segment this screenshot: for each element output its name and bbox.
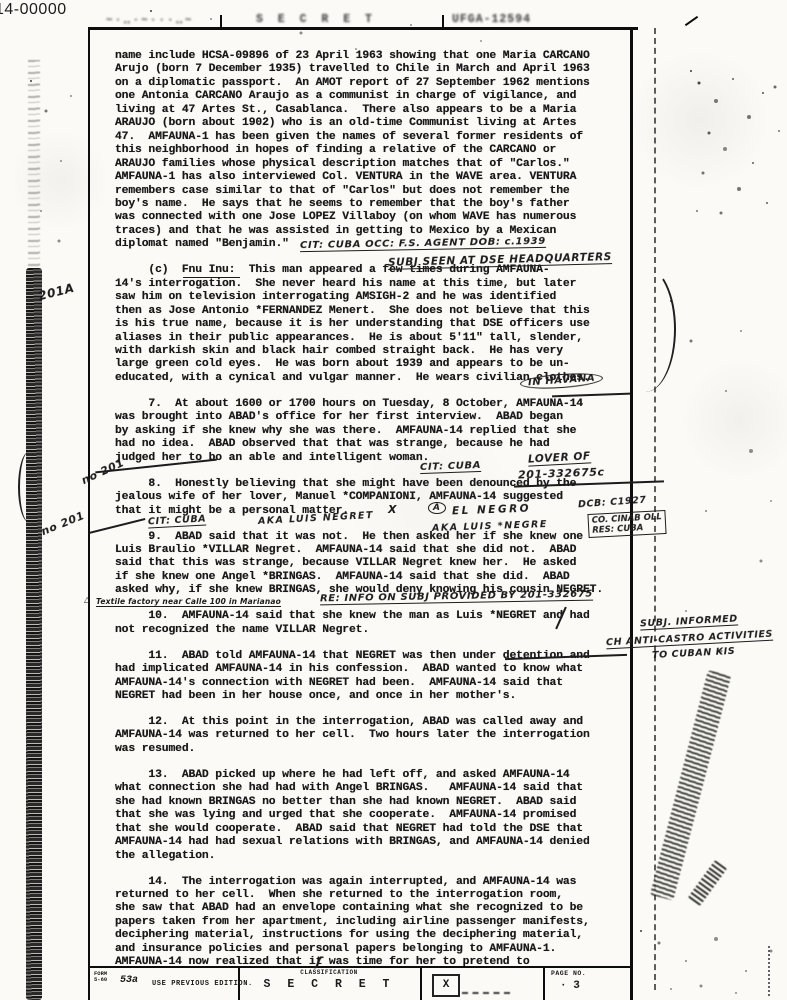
margin-scribble-201a: 201A: [37, 281, 76, 303]
footer-dashed-smudge: [462, 986, 510, 994]
margin-paren-arc: [640, 266, 676, 392]
paragraph-14: 14. The interrogation was again interrup…: [115, 876, 640, 970]
footer-classification-label: CLASSIFICATION: [300, 969, 357, 976]
footer-checkbox: X: [432, 974, 460, 997]
left-edge-scan-artifact-faint: [28, 60, 40, 270]
margin-scribble-no201-b: no 201: [39, 509, 86, 538]
speckle-noise-bottom-right: [640, 930, 642, 932]
footer-form-label: FORM 5-60: [94, 971, 107, 982]
document-corner-id: 14-00000: [0, 1, 67, 19]
right-dotted-marks: [768, 946, 772, 996]
form-number-text: 5-60: [94, 976, 107, 983]
illegible-stamp-fragment: [688, 860, 727, 906]
right-dashed-border: [654, 28, 656, 990]
speckle-noise-right: [670, 300, 672, 302]
box-note-line2: RES: CUBA: [592, 523, 643, 536]
speckle-noise-left-margin: [30, 80, 32, 82]
footer-classification: S E C R E T: [264, 978, 395, 991]
handwritten-circled-a: A: [428, 502, 446, 514]
footer-rule: [88, 966, 633, 968]
handwritten-box-note: CO. CINAB OLL RES: CUBA: [587, 510, 666, 538]
handwritten-lover-cit: CIT: CUBA: [420, 460, 481, 474]
handwritten-to-cuban: TO CUBAN KIS: [652, 646, 736, 661]
handwritten-triangle-mark: △: [84, 595, 90, 604]
paragraph-9: 9. ABAD said that it was not. He then as…: [115, 531, 640, 598]
checkbox-x-mark: X: [443, 979, 450, 991]
header-left-smudge: ~·‥·~···‥~: [106, 13, 194, 27]
handwritten-x-mark: X: [388, 503, 397, 516]
footer-divider-2: [420, 966, 422, 1000]
footer-divider-3: [543, 966, 545, 1000]
speckle-noise-top-right: [690, 70, 692, 72]
footer-form-code: 53a: [120, 975, 138, 986]
header-tick: [685, 16, 698, 26]
scanned-document-page: 14-00000 ~·‥·~···‥~ S E C R E T UFGA-125…: [0, 0, 787, 1000]
handwritten-textile-note: Textile factory near Calle 100 in Marian…: [96, 597, 281, 607]
paragraph-continuation: name include HCSA-09896 of 23 April 1963…: [115, 50, 640, 252]
header-rule: [88, 27, 638, 30]
left-edge-scan-artifact: [26, 268, 42, 1000]
speckle-noise-header: [150, 10, 152, 12]
left-border: [88, 27, 90, 1000]
footer-page-no-label: PAGE NO.: [551, 970, 586, 977]
paragraph-12: 12. At this point in the interrogation, …: [115, 716, 640, 756]
header-doc-number: UFGA-12594: [452, 13, 531, 26]
paragraph-c-fnu-lnu: (c) Fnu Inu: This man appeared a few tim…: [115, 264, 640, 385]
header-classification-smudge: S E C R E T: [256, 13, 376, 26]
paragraph-13: 13. ABAD picked up where he had left off…: [115, 769, 640, 863]
footer-use-previous: USE PREVIOUS EDITION.: [152, 980, 253, 988]
page-number: 3: [573, 980, 580, 992]
footer-page-no: · 3: [560, 980, 580, 992]
fnu-inu-underline: [183, 277, 240, 278]
